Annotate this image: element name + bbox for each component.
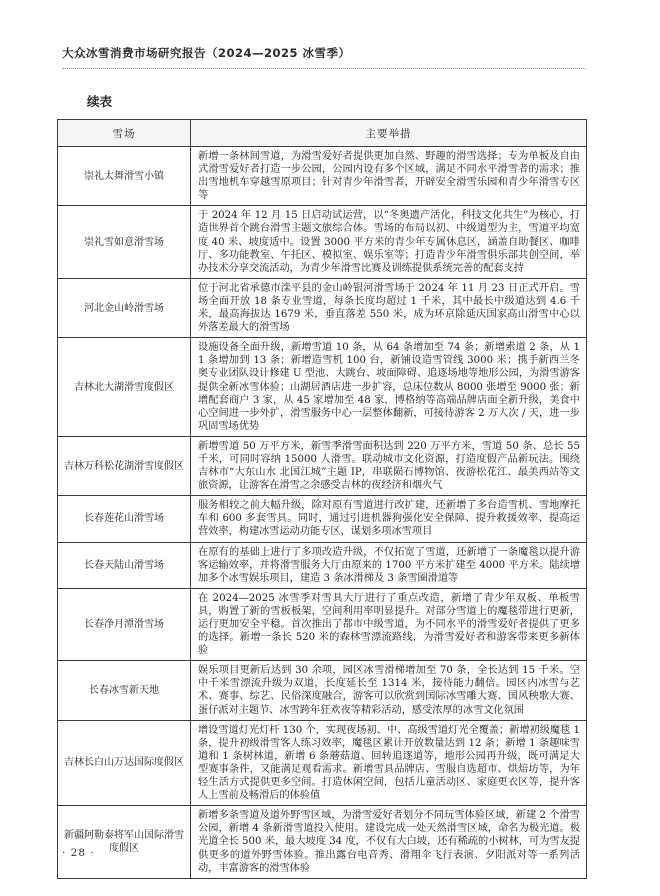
table-row: 崇礼雪如意滑雪场 于 2024 年 12 月 15 日启动试运营，以“冬奥遗产活…	[58, 206, 587, 278]
resort-name: 崇礼太舞滑雪小镇	[58, 147, 191, 206]
resort-measures-table: 雪场 主要举措 崇礼太舞滑雪小镇 新增一条林间雪道，为滑雪爱好者提供更加自然、野…	[57, 119, 587, 879]
table-row: 吉林万科松花湖滑雪度假区 新增雪道 50 万平方米，新雪季滑雪面积达到 220 …	[58, 436, 587, 495]
resort-name: 长春净月潭滑雪场	[58, 588, 191, 660]
column-header-measures: 主要举措	[191, 120, 587, 147]
resort-measures: 于 2024 年 12 月 15 日启动试运营，以“冬奥遗产活化，科技文化共生”…	[191, 206, 587, 278]
table-row: 新疆阿勒泰将军山国际滑雪度假区 新增多条雪道及道外野雪区域，为滑雪爱好者划分不同…	[58, 806, 587, 878]
resort-name: 吉林北大湖滑雪度假区	[58, 338, 191, 437]
table-row: 长春净月潭滑雪场 在 2024—2025 冰雪季对雪具大厅进行了重点改造，新增了…	[58, 588, 587, 660]
resort-measures: 增设雪道灯光灯杆 130 个，实现夜场初、中、高级雪道灯光全覆盖；新增初级魔毯 …	[191, 720, 587, 806]
resort-measures: 设施设备全面升级，新增雪道 10 条，从 64 条增加至 74 条；新增索道 2…	[191, 338, 587, 437]
resort-name: 吉林万科松花湖滑雪度假区	[58, 436, 191, 495]
document-page: 大众冰雪消费市场研究报告（2024—2025 冰雪季） 续表 雪场 主要举措 崇…	[0, 0, 660, 896]
table-header-row: 雪场 主要举措	[58, 120, 587, 147]
resort-measures: 新增雪道 50 万平方米，新雪季滑雪面积达到 220 万平方米，雪道 50 条、…	[191, 436, 587, 495]
resort-name: 河北金山岭滑雪场	[58, 278, 191, 337]
table-row: 吉林长白山万达国际度假区 增设雪道灯光灯杆 130 个，实现夜场初、中、高级雪道…	[58, 720, 587, 806]
resort-name: 新疆阿勒泰将军山国际滑雪度假区	[58, 806, 191, 878]
resort-name: 长春冰雪新天地	[58, 661, 191, 720]
table-row: 河北金山岭滑雪场 位于河北省承德市滦平县的金山岭银河滑雪场于 2024 年 11…	[58, 278, 587, 337]
column-header-resort: 雪场	[58, 120, 191, 147]
resort-measures: 在原有的基础上进行了多项改造升级，不仅拓宽了雪道，还新增了一条魔毯以提升游客运输…	[191, 542, 587, 588]
table-row: 崇礼太舞滑雪小镇 新增一条林间雪道，为滑雪爱好者提供更加自然、野趣的滑雪选择；专…	[58, 147, 587, 206]
continued-table-label: 续表	[87, 92, 112, 110]
resort-measures: 娱乐项目更新后达到 30 余项，园区冰雪滑梯增加至 70 条，全长达到 15 千…	[191, 661, 587, 720]
resort-name: 长春莲花山滑雪场	[58, 496, 191, 542]
page-number: · 28 ·	[62, 847, 95, 859]
table-row: 长春冰雪新天地 娱乐项目更新后达到 30 余项，园区冰雪滑梯增加至 70 条，全…	[58, 661, 587, 720]
table-row: 长春莲花山滑雪场 服务相较之前大幅升级，除对原有雪道进行改扩建，还新增了多台造雪…	[58, 496, 587, 542]
report-header-title: 大众冰雪消费市场研究报告（2024—2025 冰雪季）	[62, 45, 586, 69]
resort-name: 崇礼雪如意滑雪场	[58, 206, 191, 278]
resort-measures: 在 2024—2025 冰雪季对雪具大厅进行了重点改造，新增了青少年双板、单板雪…	[191, 588, 587, 660]
table-row: 吉林北大湖滑雪度假区 设施设备全面升级，新增雪道 10 条，从 64 条增加至 …	[58, 338, 587, 437]
resort-measures: 新增一条林间雪道，为滑雪爱好者提供更加自然、野趣的滑雪选择；专为单板及自由式滑雪…	[191, 147, 587, 206]
resort-measures: 位于河北省承德市滦平县的金山岭银河滑雪场于 2024 年 11 月 23 日正式…	[191, 278, 587, 337]
resort-measures: 新增多条雪道及道外野雪区域，为滑雪爱好者划分不同玩雪体验区域，新建 2 个滑雪公…	[191, 806, 587, 878]
table-row: 长春天陆山滑雪场 在原有的基础上进行了多项改造升级，不仅拓宽了雪道，还新增了一条…	[58, 542, 587, 588]
resort-name: 吉林长白山万达国际度假区	[58, 720, 191, 806]
resort-name: 长春天陆山滑雪场	[58, 542, 191, 588]
resort-measures: 服务相较之前大幅升级，除对原有雪道进行改扩建，还新增了多台造雪机、雪地摩托车和 …	[191, 496, 587, 542]
